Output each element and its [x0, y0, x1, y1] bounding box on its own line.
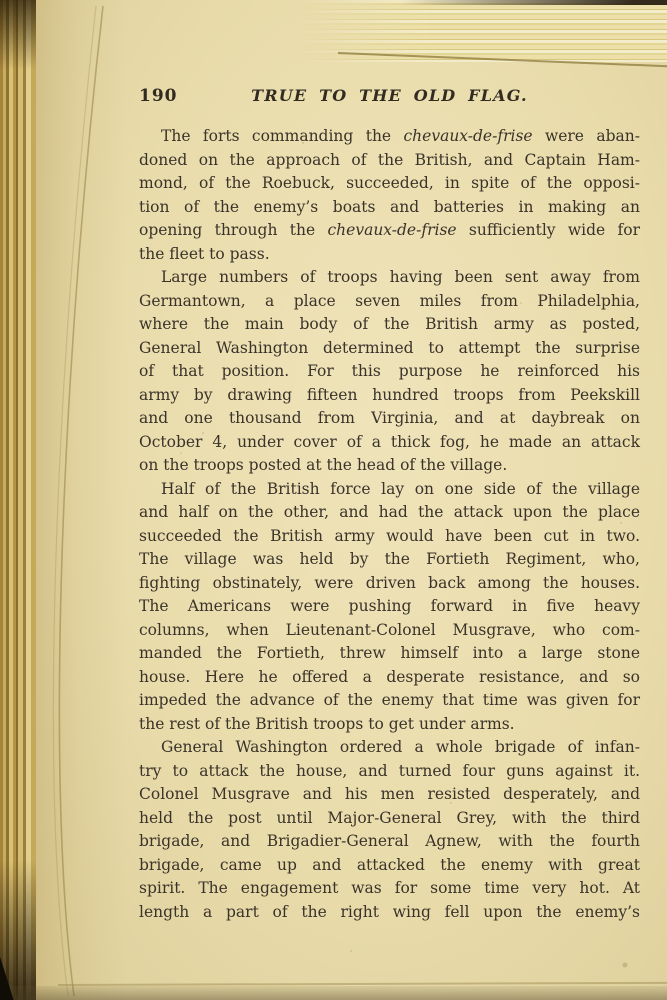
text-line: Colonel Musgrave and his men resisted de… [139, 783, 640, 807]
text-line: mond, of the Roebuck, succeeded, in spit… [139, 172, 640, 196]
text-run: of that position. For this purpose he re… [139, 362, 640, 380]
text-line: fighting obstinately, were driven back a… [139, 572, 640, 596]
text-run: brigade, and Brigadier-General Agnew, wi… [139, 832, 640, 850]
text-run: succeeded the British army would have be… [139, 527, 640, 545]
paragraph: General Washington ordered a whole briga… [139, 736, 640, 924]
text-run: mond, of the Roebuck, succeeded, in spit… [139, 174, 640, 192]
text-line: succeeded the British army would have be… [139, 525, 640, 549]
text-run: Large numbers of troops having been sent… [161, 268, 640, 286]
text-run: The Americans were pushing forward in fi… [139, 597, 640, 615]
text-run: manded the Fortieth, threw himself into … [139, 644, 640, 662]
text-line: The forts commanding the chevaux-de-fris… [139, 125, 640, 149]
text-run: the rest of the British troops to get un… [139, 715, 515, 733]
scanned-book-page: 190 TRUE TO THE OLD FLAG. The forts comm… [0, 0, 667, 1000]
text-run: where the main body of the British army … [139, 315, 640, 333]
paragraph: Half of the British force lay on one sid… [139, 478, 640, 737]
text-run: Colonel Musgrave and his men resisted de… [139, 785, 640, 803]
binding-shadow [0, 0, 36, 1000]
text-run: October 4, under cover of a thick fog, h… [139, 433, 640, 451]
text-line: Large numbers of troops having been sent… [139, 266, 640, 290]
italic-term: chevaux-de-frise [327, 221, 456, 239]
text-line: General Washington ordered a whole briga… [139, 736, 640, 760]
text-run: held the post until Major-General Grey, … [139, 809, 640, 827]
text-line: the fleet to pass. [139, 243, 640, 267]
page-header: 190 TRUE TO THE OLD FLAG. [139, 86, 640, 108]
text-run: Germantown, a place seven miles from Phi… [139, 292, 640, 310]
text-line: the rest of the British troops to get un… [139, 713, 640, 737]
text-run: The village was held by the Fortieth Reg… [139, 550, 640, 568]
text-line: General Washington determined to attempt… [139, 337, 640, 361]
text-run: brigade, came up and attacked the enemy … [139, 856, 640, 874]
text-run: length a part of the right wing fell upo… [139, 903, 640, 921]
text-line: and half on the other, and had the attac… [139, 501, 640, 525]
text-line: try to attack the house, and turned four… [139, 760, 640, 784]
text-run: Half of the British force lay on one sid… [161, 480, 640, 498]
text-line: spirit. The engagement was for some time… [139, 877, 640, 901]
text-line: on the troops posted at the head of the … [139, 454, 640, 478]
text-run: doned on the approach of the British, an… [139, 151, 640, 169]
text-line: impeded the advance of the enemy that ti… [139, 689, 640, 713]
text-line: tion of the enemy’s boats and batteries … [139, 196, 640, 220]
text-line: October 4, under cover of a thick fog, h… [139, 431, 640, 455]
text-run: tion of the enemy’s boats and batteries … [139, 198, 640, 216]
text-line: doned on the approach of the British, an… [139, 149, 640, 173]
text-line: brigade, came up and attacked the enemy … [139, 854, 640, 878]
text-run: fighting obstinately, were driven back a… [139, 574, 640, 592]
text-run: house. Here he offered a desperate resis… [139, 668, 640, 686]
bottom-shadow [0, 986, 667, 1000]
text-line: army by drawing fifteen hundred troops f… [139, 384, 640, 408]
text-run: impeded the advance of the enemy that ti… [139, 691, 640, 709]
running-title: TRUE TO THE OLD FLAG. [139, 86, 640, 105]
text-run: The forts commanding the [161, 127, 403, 145]
text-line: Half of the British force lay on one sid… [139, 478, 640, 502]
text-line: opening through the chevaux-de-frise suf… [139, 219, 640, 243]
paragraph: The forts commanding the chevaux-de-fris… [139, 125, 640, 266]
text-run: were aban- [533, 127, 640, 145]
text-run: sufficiently wide for [457, 221, 640, 239]
paragraph: Large numbers of troops having been sent… [139, 266, 640, 478]
text-line: held the post until Major-General Grey, … [139, 807, 640, 831]
text-line: length a part of the right wing fell upo… [139, 901, 640, 925]
text-run: General Washington ordered a whole briga… [161, 738, 640, 756]
top-shadow [0, 0, 667, 5]
page-number: 190 [139, 86, 178, 106]
text-run: try to attack the house, and turned four… [139, 762, 640, 780]
text-line: Germantown, a place seven miles from Phi… [139, 290, 640, 314]
text-run: army by drawing fifteen hundred troops f… [139, 386, 640, 404]
page-body: The forts commanding the chevaux-de-fris… [139, 125, 640, 924]
text-line: house. Here he offered a desperate resis… [139, 666, 640, 690]
text-run: General Washington determined to attempt… [139, 339, 640, 357]
text-run: opening through the [139, 221, 327, 239]
text-run: and half on the other, and had the attac… [139, 503, 640, 521]
text-run: on the troops posted at the head of the … [139, 456, 507, 474]
text-line: columns, when Lieutenant-Colonel Musgrav… [139, 619, 640, 643]
text-run: spirit. The engagement was for some time… [139, 879, 640, 897]
text-line: The village was held by the Fortieth Reg… [139, 548, 640, 572]
text-line: brigade, and Brigadier-General Agnew, wi… [139, 830, 640, 854]
text-line: The Americans were pushing forward in fi… [139, 595, 640, 619]
text-line: and one thousand from Virginia, and at d… [139, 407, 640, 431]
text-run: columns, when Lieutenant-Colonel Musgrav… [139, 621, 640, 639]
text-line: where the main body of the British army … [139, 313, 640, 337]
text-run: the fleet to pass. [139, 245, 270, 263]
text-line: of that position. For this purpose he re… [139, 360, 640, 384]
text-run: and one thousand from Virginia, and at d… [139, 409, 640, 427]
italic-term: chevaux-de-frise [403, 127, 532, 145]
text-line: manded the Fortieth, threw himself into … [139, 642, 640, 666]
